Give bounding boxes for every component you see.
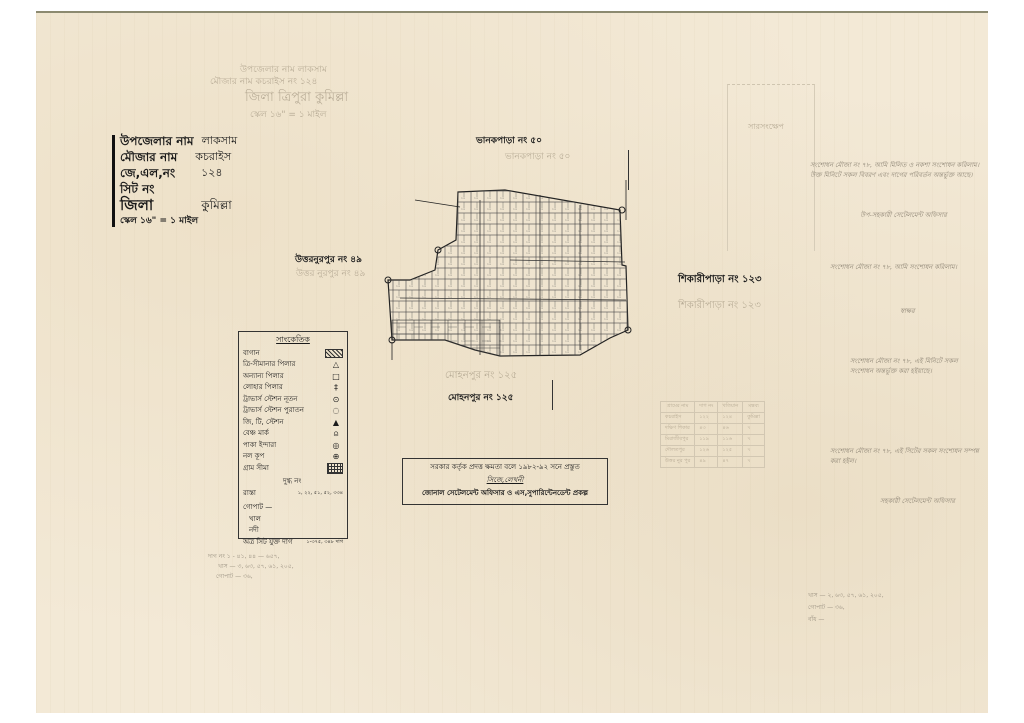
legend-item: পাকা ইন্দারা◎ <box>243 440 343 452</box>
ghost-header-line4: স্কেল ১৬" = ১ মাইল <box>250 107 327 122</box>
hatch-icon <box>325 349 343 358</box>
legend-extra: খাল <box>243 514 343 526</box>
legend-item: লোহার পিলার‡ <box>243 382 343 394</box>
legend-title: সাংকেতিক <box>243 334 343 346</box>
legend-item: ত্রি-সীমানার পিলার△ <box>243 359 343 371</box>
summary-panel: সারসংক্ষেপ <box>727 84 815 251</box>
table-row: মিরাজীবপুর১১৯১১৬৭ <box>661 435 765 446</box>
jl-label: জে,এল,নং <box>120 165 175 181</box>
legend-extra: নদী <box>243 525 343 537</box>
note-right-bottom-sig: সহকারী সেটেলমেন্ট অফিসার <box>880 496 955 506</box>
iron-pillar-icon: ‡ <box>329 382 343 394</box>
table-row: কচরাইস১২২১২৪কুমিল্লা <box>661 413 765 424</box>
filled-triangle-icon: ▲ <box>329 417 343 429</box>
legend-item: বাগান <box>243 348 343 360</box>
district-label: জিলা <box>120 197 153 213</box>
legend-item: অন্যান্য পিলার□ <box>243 371 343 383</box>
area-table: গ্রামের নাম দাগ নং খতিয়ান মন্তব্য কচরাই… <box>660 401 765 468</box>
legend-item: বেঞ্চ মার্ক⍝ <box>243 428 343 440</box>
boundary-west: উত্তরনুরপুর নং ৪৯ <box>295 252 362 267</box>
boundary-north-ghost: ভানকপাড়া নং ৫০ <box>505 149 570 164</box>
ghost-header-line2: মৌজার নাম কচরাইস নং ১২৪ <box>210 74 317 89</box>
note-right-top: সংশোধন মৌজা নং ৭৮, আমি মিলিত ও নকশা সংশো… <box>810 160 980 180</box>
map-legend: সাংকেতিক বাগান ত্রি-সীমানার পিলার△ অন্যা… <box>238 331 348 539</box>
header-brace <box>112 135 119 227</box>
triangle-icon: △ <box>329 359 343 371</box>
table-row: উত্তর নুর পুর৪৯৪৭৭ <box>661 457 765 468</box>
circle-dot-icon: ⊙ <box>329 394 343 406</box>
district-value: কুমিল্লা <box>201 197 232 213</box>
boundary-east: শিকারীপাড়া নং ১২৩ <box>678 272 762 289</box>
dashed-circle-icon: ◌ <box>329 405 343 417</box>
boundary-east-ghost: শিকারীপাড়া নং ১২৩ <box>678 298 761 315</box>
boundary-west-ghost: উত্তর নুরপুর নং ৪৯ <box>296 266 365 281</box>
upazila-value: লাকসাম <box>202 133 238 149</box>
boundary-south: মোহনপুর নং ১২৫ <box>448 390 513 405</box>
table-row: দৌলতপুর১২৬১২৫৭ <box>661 446 765 457</box>
note-right-bottom: সংশোধন মৌজা নং ৭৮, এই সিটের সকল সংশোধন স… <box>830 446 980 466</box>
legend-extra: অত্র সিট যুক্ত দাগ১-৩৭৫, ৩৪৮ দাগ <box>243 537 343 549</box>
jl-value: ১২৪ <box>201 165 222 181</box>
summary-title: সারসংক্ষেপ <box>748 121 814 134</box>
cadastral-map: ১২ <box>380 180 640 360</box>
legend-item: ট্রাভার্স স্টেশন পুরাতন◌ <box>243 405 343 417</box>
table-header: গ্রামের নাম দাগ নং খতিয়ান মন্তব্য <box>661 402 765 413</box>
certification-line2: জোনাল সেটেলমেন্ট অফিসার ও এস,সুপারিন্টেন… <box>403 487 607 500</box>
boundary-line-ne <box>628 150 629 190</box>
ghost-header-line3: জিলা ত্রিপুরা কুমিল্লা <box>245 88 348 109</box>
mouza-header: উপজেলার নামলাকসাম মৌজার নামকচরাইস জে,এল,… <box>120 133 300 229</box>
legend-extra: রাস্তা১, ২২, ৫১, ৫২, ৩৩৪ <box>243 488 343 500</box>
well-icon: ◎ <box>329 440 343 452</box>
certification-signature: সিজে,লেখনী <box>403 474 607 487</box>
note-right-mid: সংশোধন মৌজা নং ৭৮, আমি সংশোধন করিলাম। <box>830 262 980 272</box>
mouza-value: কচরাইস <box>195 149 231 165</box>
note-right-mid-sig: স্বাক্ষর <box>900 306 915 316</box>
mouza-label: মৌজার নাম <box>120 149 177 165</box>
legend-extra: গোপাট — <box>243 502 343 514</box>
legend-item: গ্রাম সীমা <box>243 463 343 475</box>
scale-text: স্কেল ১৬" = ১ মাইল <box>120 213 198 229</box>
pencil-note-right: খাস — ২, ৬৩, ৫৭, ৬১, ২০৫, গোপাট — ৩৬, বা… <box>808 590 884 626</box>
tubewell-icon: ⊕ <box>329 451 343 463</box>
legend-item: নল কূপ⊕ <box>243 451 343 463</box>
legend-item: জি, টি, স্টেশন▲ <box>243 417 343 429</box>
boundary-line-s <box>552 380 553 410</box>
note-right-top-sig: উপ-সহকারী সেটেলমেন্ট অফিসার <box>860 210 947 220</box>
certification-box: সরকার কর্তৃক প্রদত্ত ক্ষমতা বলে ১৯৮২-৯২ … <box>402 458 608 505</box>
sheet-label: সিট নং <box>120 181 154 197</box>
upazila-label: উপজেলার নাম <box>120 133 194 149</box>
table-row: দক্ষিণ শিকার৪৩৪৬৭ <box>661 424 765 435</box>
legend-item: ট্রাভার্স স্টেশন নূতন⊙ <box>243 394 343 406</box>
square-icon: □ <box>329 371 343 383</box>
boundary-south-ghost: মোহনপুর নং ১২৫ <box>445 368 517 385</box>
note-right-lower: সংশোধন মৌজা নং ৭৮, এই মিনিটে সকল সংশোধন … <box>850 356 980 376</box>
pencil-note-left: দাগ নং ১ - ৪১, ৪৪ — ৬৫৭, খাস — ৩, ৬৩, ৫৭… <box>208 552 294 582</box>
legend-extra: দুগ্ধ নং <box>243 476 343 488</box>
boundary-north: ভানকপাড়া নং ৫০ <box>476 133 542 148</box>
certification-line1: সরকার কর্তৃক প্রদত্ত ক্ষমতা বলে ১৯৮২-৯২ … <box>403 461 607 474</box>
village-boundary-icon <box>327 463 343 474</box>
benchmark-icon: ⍝ <box>329 428 343 440</box>
